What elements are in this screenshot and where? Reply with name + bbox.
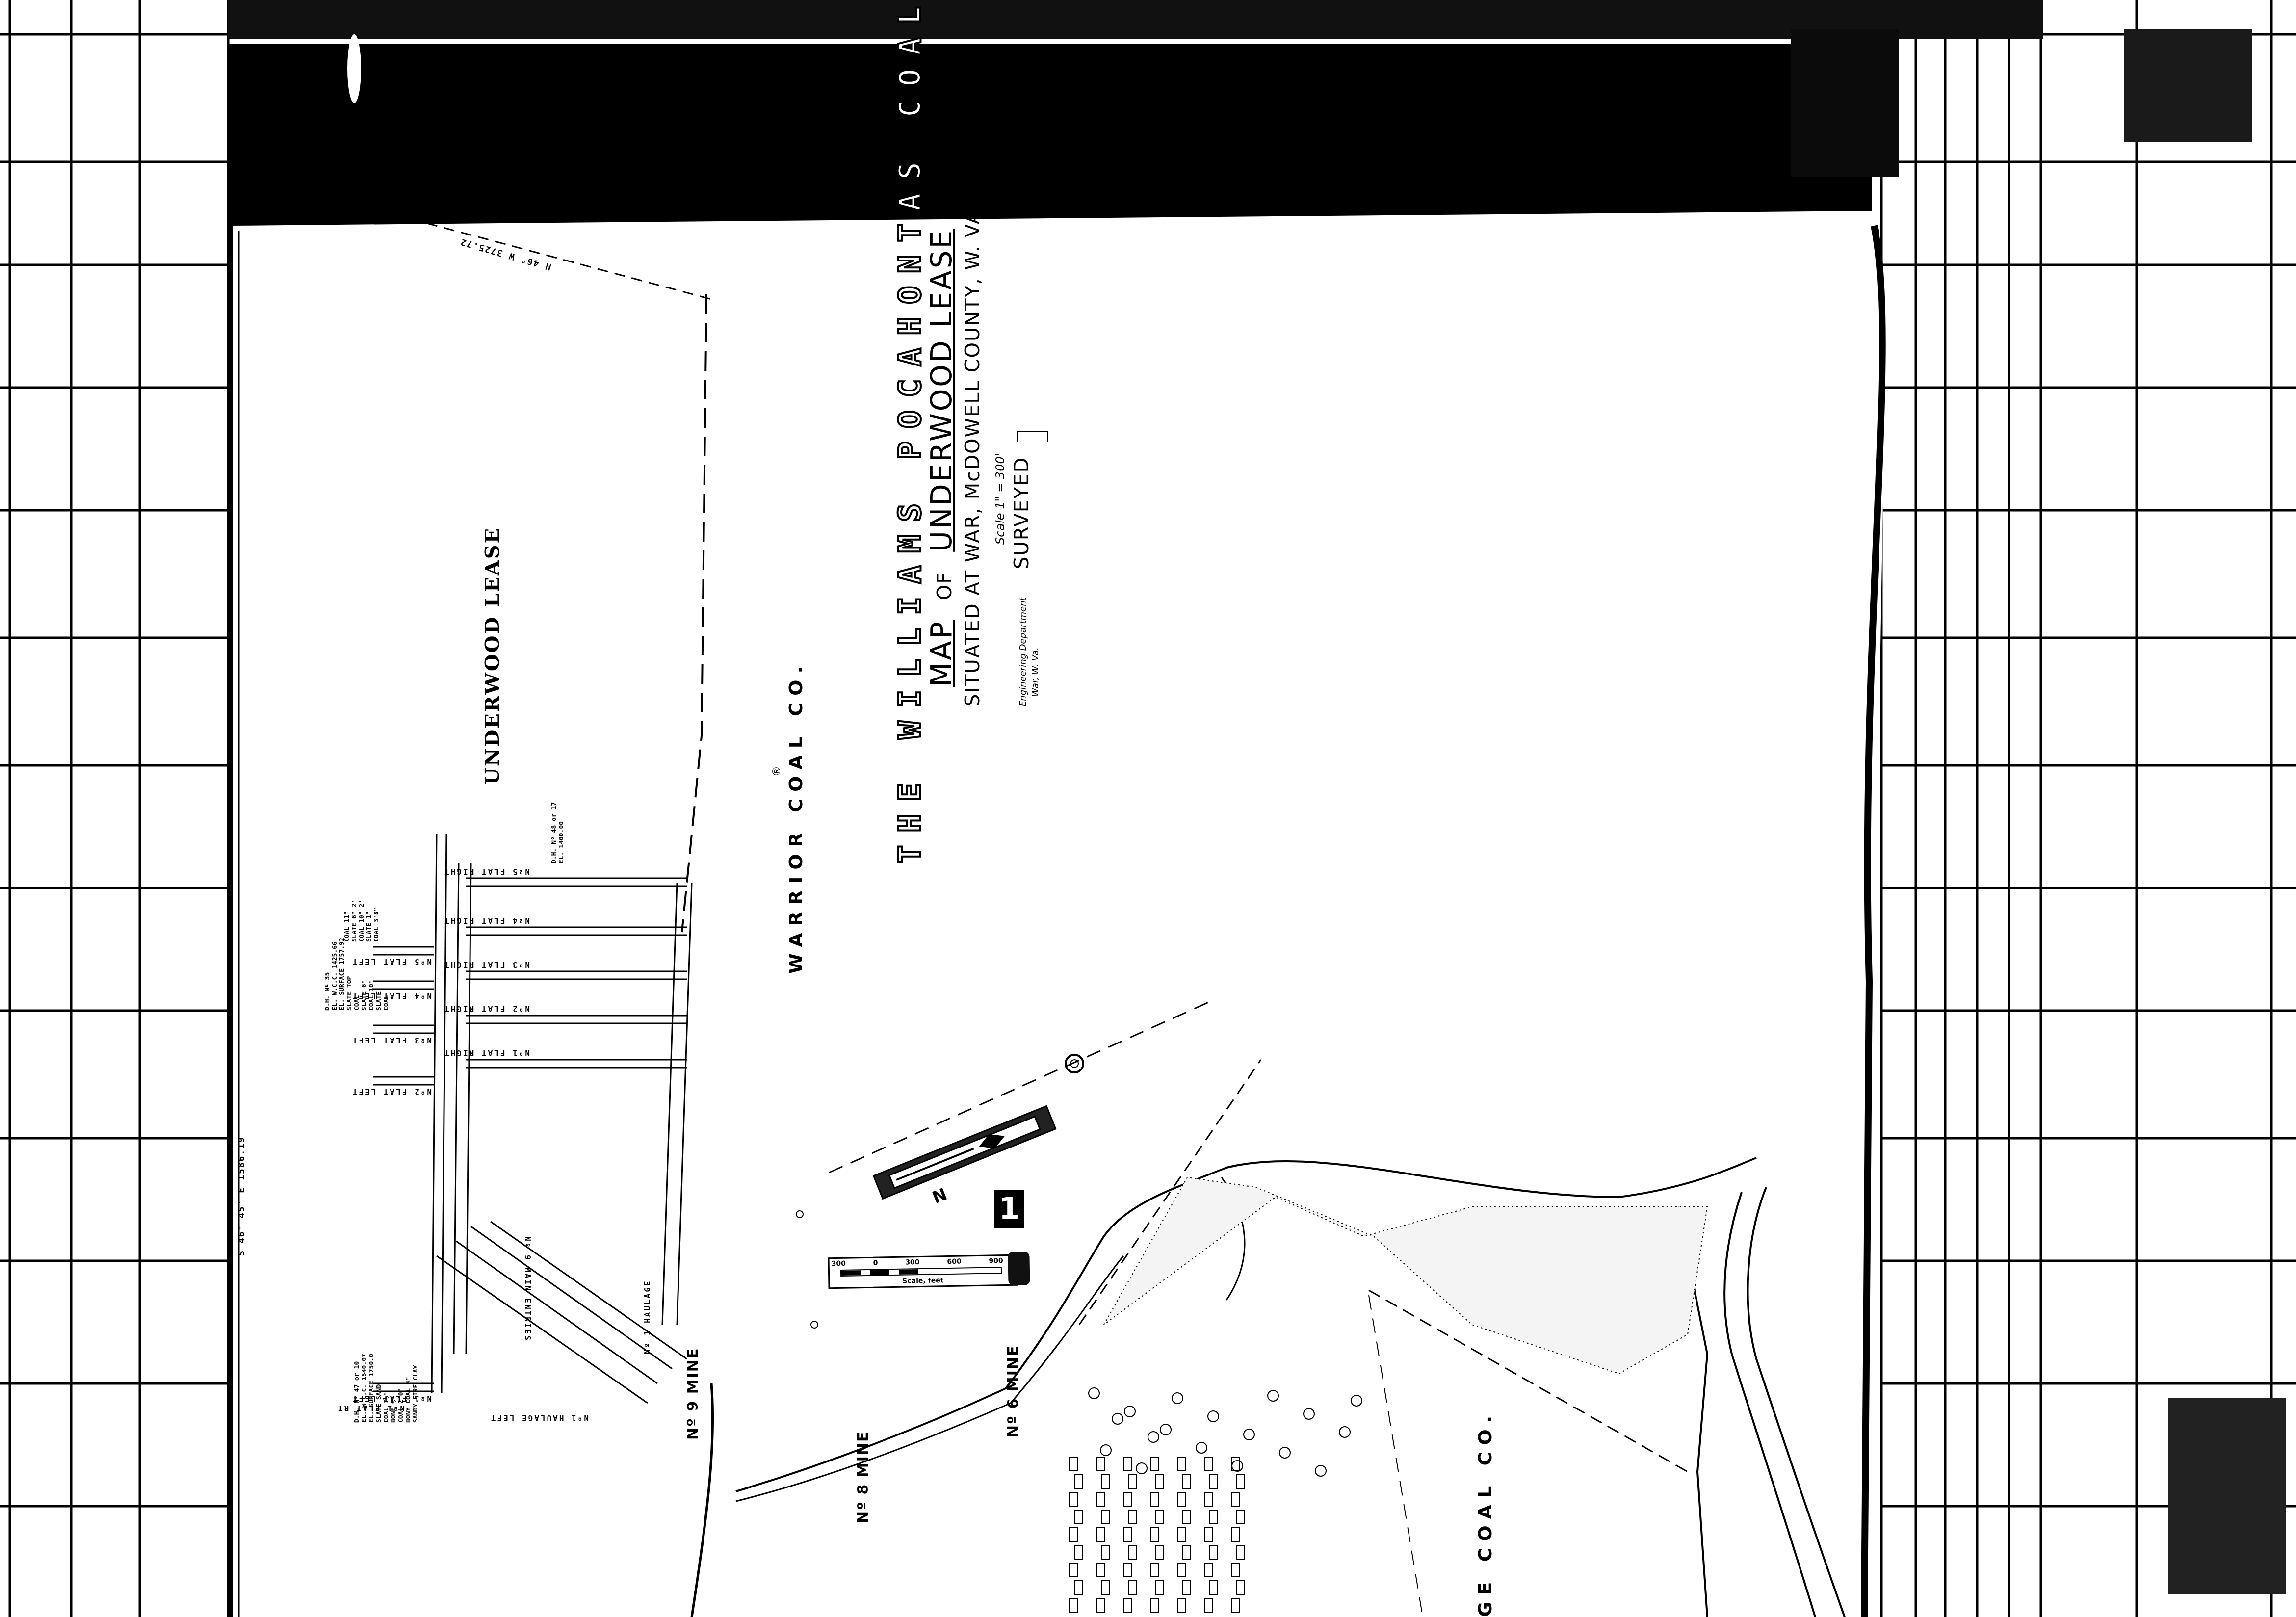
scale-ticks: 3000300600900 — [832, 1257, 1003, 1268]
company-title: THE WILLIAMS POCAHONTAS COAL CO. — [892, 0, 928, 863]
coal-section-note: COAL 11" SLATE 6" 2' COAL 10" 2' SLATE 1… — [343, 900, 380, 942]
mine-label-9: Nº 9 MINE — [684, 1348, 702, 1440]
scale-tick-label: 600 — [947, 1258, 962, 1266]
flat-left-label: Nº3 FLAT LEFT — [351, 1036, 432, 1045]
flat-left-label: Nº2 FLAT LEFT — [351, 1087, 432, 1096]
mine-label-8: Nº 8 MINE — [855, 1431, 872, 1523]
main-entries-label: Nº 9 MAIN ENTRIES — [523, 1236, 532, 1342]
reference-mark: ® — [770, 767, 783, 775]
scale-note: Scale 1" = 300' — [993, 453, 1007, 545]
underwood-lease-label: UNDERWOOD LEASE — [481, 527, 504, 785]
engineering-note-2: War, W. Va. — [1030, 647, 1041, 697]
map-title-of: OF — [934, 572, 956, 600]
engineering-note: Engineering Department — [1018, 597, 1028, 706]
warrior-coal-label: WARRIOR COAL CO. — [785, 659, 807, 974]
situated-line: SITUATED AT WAR, McDOWELL COUNTY, W. VA. — [962, 203, 984, 706]
sheet-number-badge: 1 — [994, 1190, 1024, 1228]
boundary-line — [427, 223, 711, 299]
scale-bar: 3000300600900 Scale, feet — [828, 1254, 1018, 1289]
left-boundary-bearing: S 46° 45' E 1586.19 — [236, 1136, 247, 1256]
mine-label-6: Nº 6 MINE — [1005, 1345, 1022, 1437]
bottom-coal-co-label: GE COAL CO. — [1474, 1409, 1496, 1617]
surveyed-line: SURVEYED — [1011, 457, 1033, 569]
drill-hole-35: D.H. Nº 35 EL. W.C.C. 1425.66 EL. SURFAC… — [324, 938, 390, 1011]
map-title: MAP OF UNDERWOOD LEASE — [925, 229, 958, 687]
scale-caption: Scale, feet — [830, 1276, 1016, 1287]
drill-hole-47: D.H. Nº 47 or 10 EL. W.C.C. 1540.07 EL. … — [353, 1354, 419, 1423]
flat-right-label: Nº1 FLAT RIGHT — [443, 1048, 530, 1058]
flat-right-label: Nº4 FLAT RIGHT — [443, 916, 530, 925]
flat-right-label: Nº3 FLAT RIGHT — [443, 960, 530, 969]
map-title-lease: UNDERWOOD LEASE — [925, 229, 958, 552]
surveyed-blank — [1017, 431, 1048, 442]
map-title-map: MAP — [925, 620, 958, 687]
scale-tick-label: 300 — [905, 1258, 920, 1267]
flat-right-label: Nº5 FLAT RIGHT — [443, 867, 530, 876]
scale-tick-label: 900 — [989, 1257, 1003, 1265]
map-sheet: THE WILLIAMS POCAHONTAS COAL CO. MAP OF … — [0, 0, 2296, 1617]
haulage-left-label: Nº1 HAULAGE LEFT — [490, 1413, 589, 1423]
scale-tick-label: 0 — [873, 1259, 878, 1267]
map-linework — [0, 0, 2296, 1617]
scan-smudge — [1008, 1252, 1030, 1285]
scale-tick-label: 300 — [832, 1260, 846, 1268]
flat-right-label: Nº2 FLAT RIGHT — [443, 1004, 530, 1014]
drill-hole-48: D.H. Nº 48 or 17 EL. 1400.00 — [550, 802, 565, 863]
haulage-label: Nº 1 HAULAGE — [643, 1279, 652, 1354]
scale-graduated-bar — [840, 1267, 1002, 1277]
